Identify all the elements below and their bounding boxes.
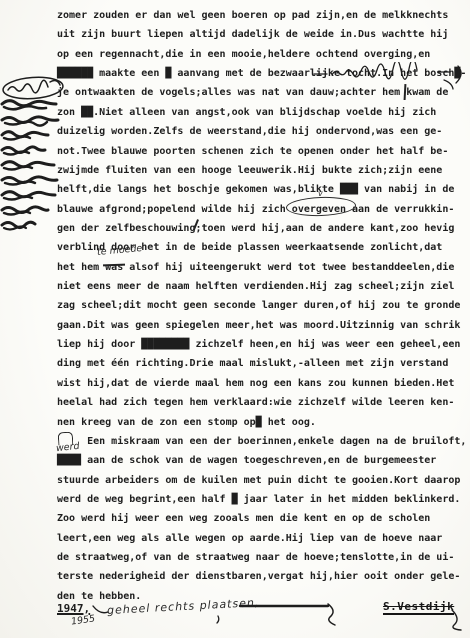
typescript-line: zwijmde fluiten van een hooge leeuwerik.… <box>57 161 469 180</box>
typescript-body: zomer zouden er dan wel geen boeren op p… <box>57 6 469 606</box>
typescript-line: uit zijn buurt liepen altijd dadelijk de… <box>57 25 469 44</box>
typescript-line: werd de weg begrint,een half █ jaar late… <box>57 490 469 509</box>
typescript-line: zon ██.Niet alleen van angst,ook van bli… <box>57 103 469 122</box>
typescript-line: gaan.Dit was geen spiegelen meer,het was… <box>57 316 469 335</box>
typescript-line: stuurde arbeiders om de kuilen met puin … <box>57 471 469 490</box>
typescript-line: het hem was alsof hij uiteengerukt werd … <box>57 258 469 277</box>
typescript-line: de straatweg,of van de straatweg naar de… <box>57 548 469 567</box>
typescript-line: zag scheel;dit mocht geen seconde langer… <box>57 296 469 315</box>
year: 1947, <box>57 602 90 615</box>
typescript-line: duizelig worden.Zelfs de weerstand,die h… <box>57 122 469 141</box>
typescript-line: heelal had zich tegen hem verklaard:wie … <box>57 393 469 412</box>
typescript-line: leert,een weg als alle wegen op aarde.Hi… <box>57 529 469 548</box>
signature: S.Vestdijk <box>383 600 454 615</box>
typescript-line: Zoo werd hij weer een weg zooals men die… <box>57 509 469 528</box>
margin-scribbles <box>0 74 72 244</box>
caret-mark: v <box>318 189 323 198</box>
typescript-line: not.Twee blauwe poorten schenen zich te … <box>57 142 469 161</box>
typescript-line: nen kreeg van de zon een stomp op█ het o… <box>57 413 469 432</box>
typescript-line: gen der zelfbeschouwing;toen werd hij,aa… <box>57 219 469 238</box>
typescript-line: Een miskraam van een der boerinnen,enkel… <box>57 432 469 451</box>
typescript-line: ████ aan de schok van de wagen toegeschr… <box>57 451 469 470</box>
typescript-line: wist hij,dat de vierde maal hem nog een … <box>57 374 469 393</box>
typescript-line: helft,die langs het boschje gekomen was,… <box>57 180 469 199</box>
typescript-line: blauwe afgrond;popelend wilde hij zich o… <box>57 200 469 219</box>
manuscript-page: zomer zouden er dan wel geen boeren op p… <box>0 0 470 638</box>
typescript-line: niet eens meer de naam helften verdiende… <box>57 277 469 296</box>
typescript-line: ding met één richting.Drie maal mislukt,… <box>57 354 469 373</box>
typescript-line: zomer zouden er dan wel geen boeren op p… <box>57 6 469 25</box>
interline-scribble <box>312 62 470 92</box>
typescript-line: terste nederigheid der dienstbaren,verga… <box>57 567 469 586</box>
typescript-line: liep hij door ████████ zichzelf heen,en … <box>57 335 469 354</box>
